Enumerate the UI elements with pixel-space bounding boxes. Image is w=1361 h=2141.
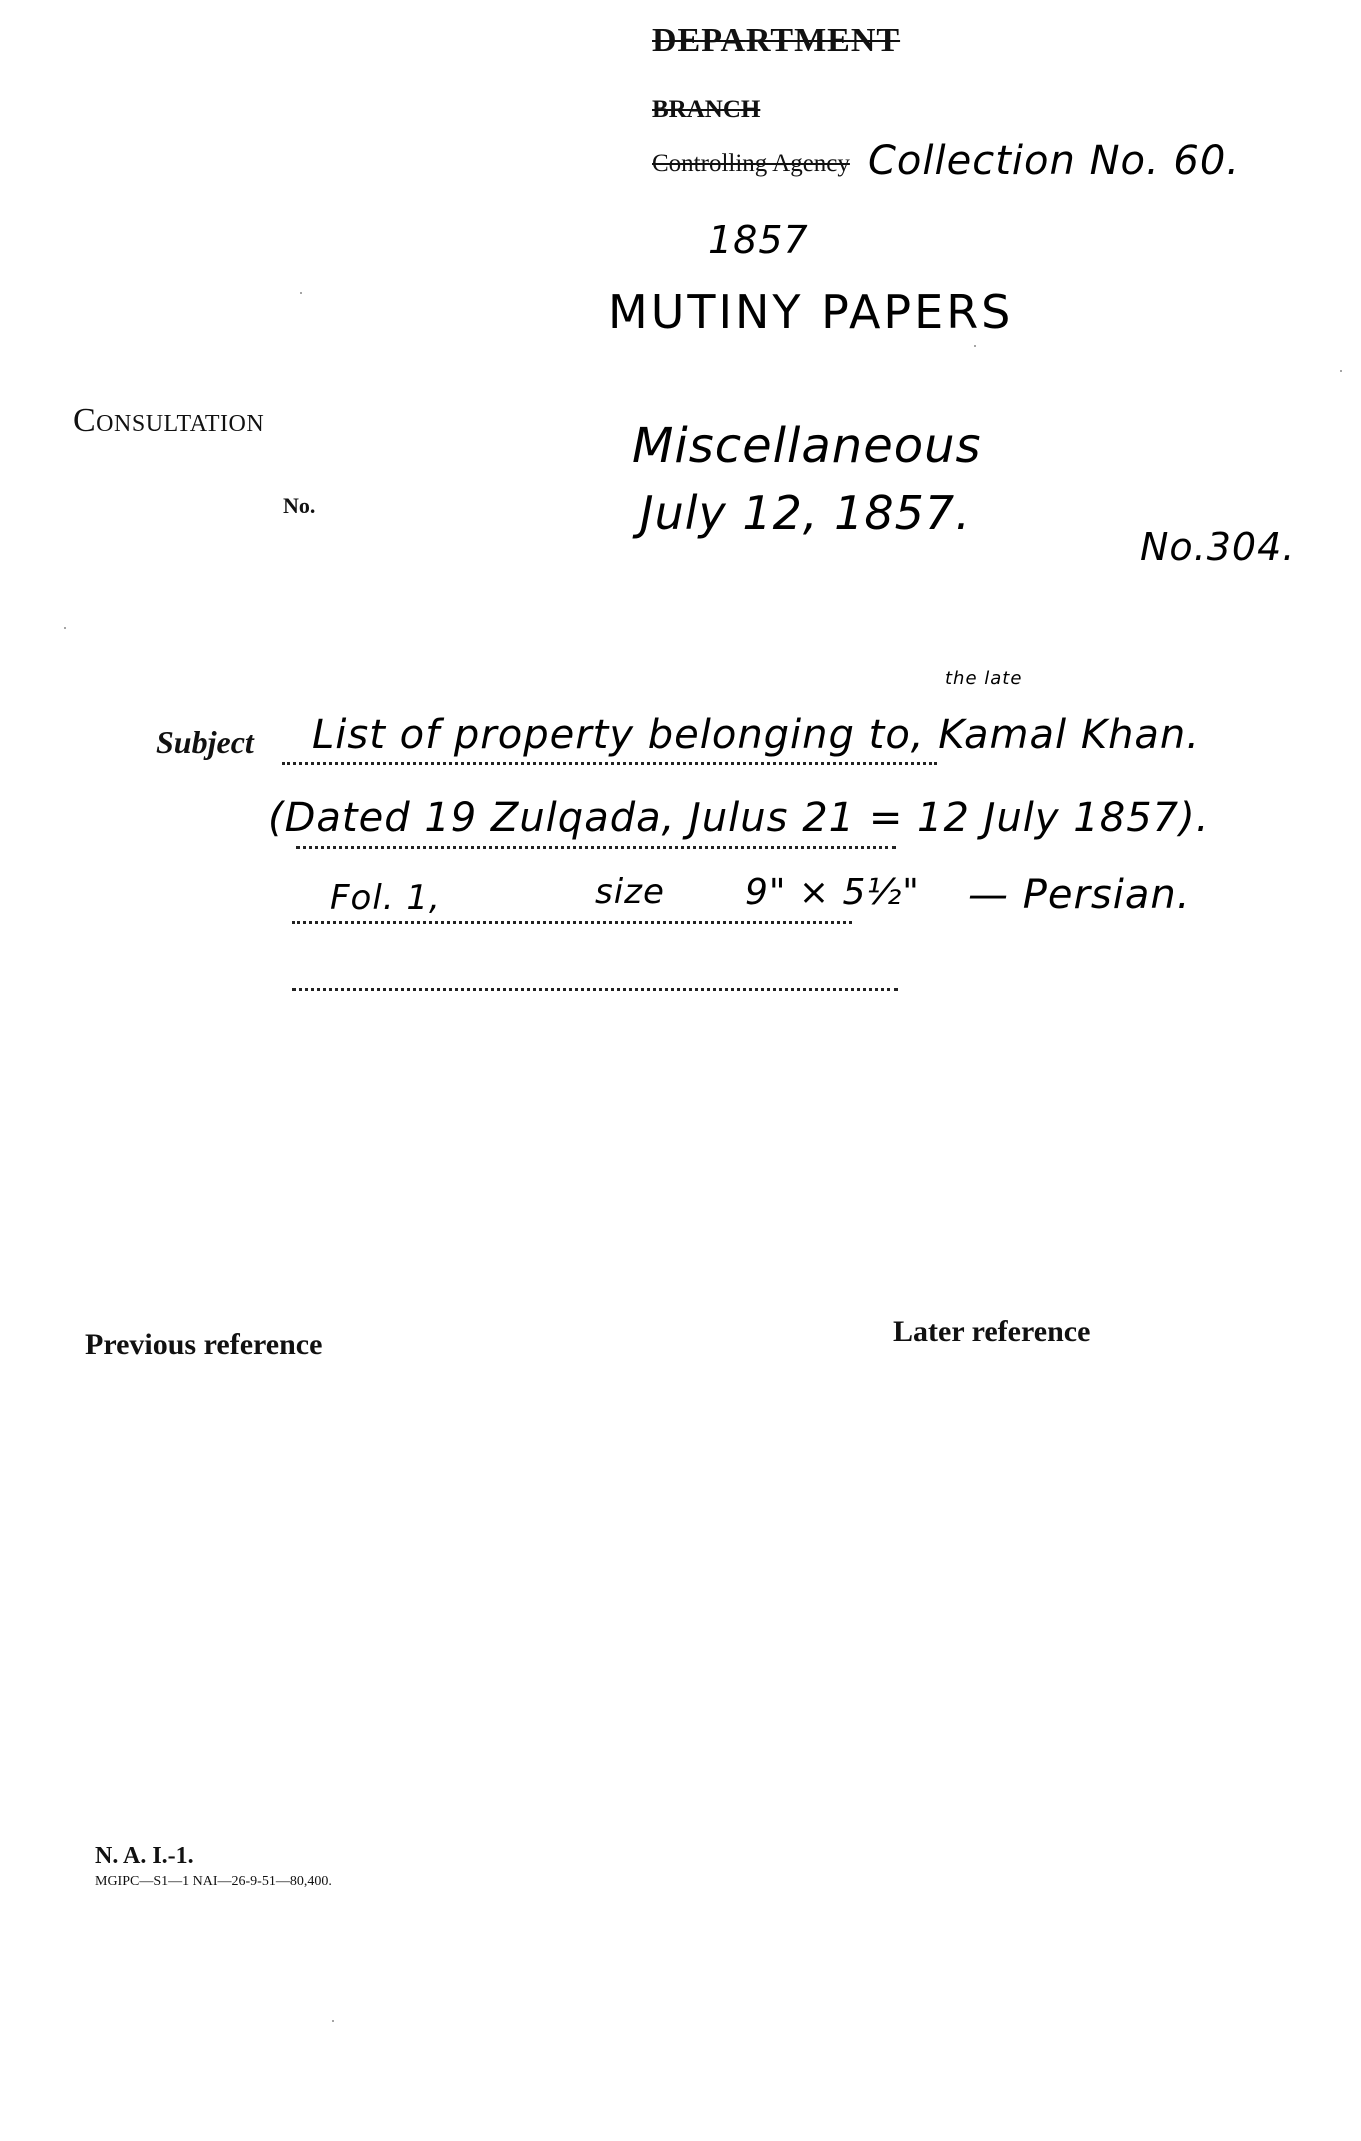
subject-insertion: the late [945,668,1022,689]
subject-dotted-line-2 [296,846,896,849]
consultation-label: Consultation [73,402,264,440]
subject-language: — Persian. [968,872,1190,918]
scan-speck [332,2020,334,2022]
category-date: July 12, 1857. [640,486,971,540]
subject-line-2: (Dated 19 Zulqada, Julus 21 = 12 July 18… [268,795,1209,841]
controlling-agency-label: Controlling Agency [652,150,850,178]
scan-speck [300,292,302,294]
branch-label: BRANCH [652,96,760,124]
subject-dotted-line-1 [282,762,937,765]
consultation-number-label: No. [283,493,315,519]
scan-speck [1340,370,1342,372]
collection-number: Collection No. 60. [868,138,1240,184]
scan-speck [974,345,976,347]
form-code: N. A. I.-1. [95,1843,194,1870]
department-label: DEPARTMENT [652,22,900,60]
document-number: No.304. [1140,525,1295,569]
scan-speck [64,627,66,629]
collection-title: MUTINY PAPERS [608,285,1013,339]
subject-size-label: size [595,872,665,912]
subject-dotted-line-4 [292,988,898,991]
print-code: MGIPC—S1—1 NAI—26-9-51—80,400. [95,1874,332,1890]
category-name: Miscellaneous [632,418,982,474]
subject-folio: Fol. 1, [330,878,441,918]
subject-dotted-line-3 [292,921,852,924]
subject-dimensions: 9" × 5½" [745,872,920,913]
year-annotation: 1857 [708,218,809,262]
later-reference-label: Later reference [893,1315,1090,1349]
previous-reference-label: Previous reference [85,1328,322,1362]
subject-line-1: List of property belonging to, Kamal Kha… [312,712,1200,758]
subject-label: Subject [156,724,254,761]
